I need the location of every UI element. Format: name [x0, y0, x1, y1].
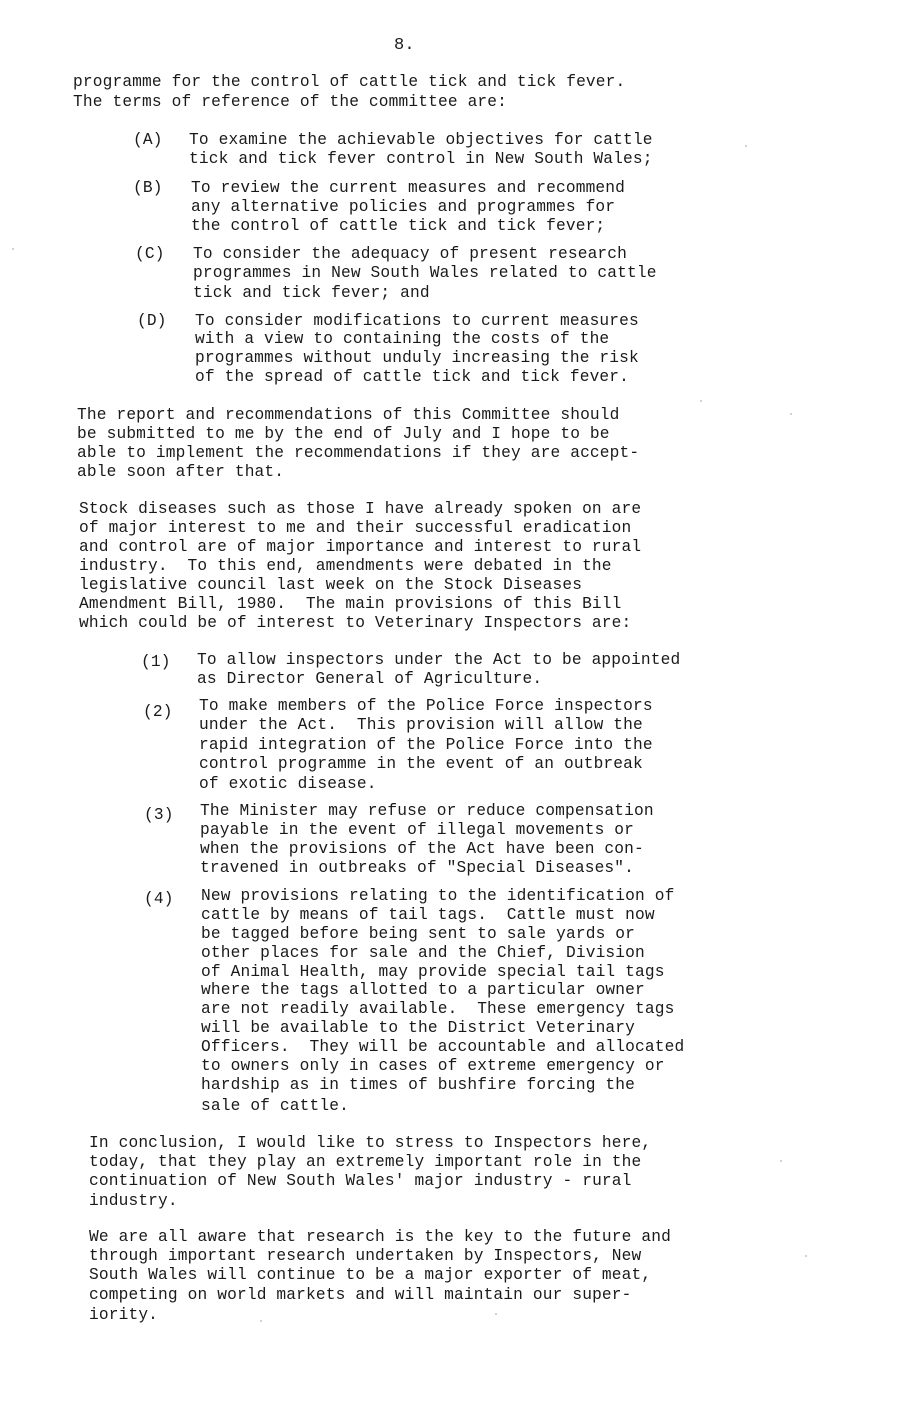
text-line: New provisions relating to the identific… — [201, 887, 674, 906]
text-line: when the provisions of the Act have been… — [200, 840, 644, 859]
text-line: the control of cattle tick and tick feve… — [191, 217, 605, 236]
text-line: today, that they play an extremely impor… — [89, 1153, 641, 1172]
text-line: industry. — [89, 1192, 178, 1211]
text-line: hardship as in times of bushfire forcing… — [201, 1076, 635, 1095]
item-label: (4) — [144, 890, 174, 908]
text-line: cattle by means of tail tags. Cattle mus… — [201, 906, 655, 925]
text-line: where the tags allotted to a particular … — [201, 981, 645, 1000]
text-line: iority. — [89, 1306, 158, 1325]
text-line: continuation of New South Wales' major i… — [89, 1172, 632, 1191]
text-line: legislative council last week on the Sto… — [79, 576, 582, 595]
text-line: Officers. They will be accountable and a… — [201, 1038, 684, 1057]
text-line: To allow inspectors under the Act to be … — [197, 651, 680, 670]
item-label: (A) — [133, 131, 163, 149]
item-label: (D) — [137, 312, 167, 330]
text-line: other places for sale and the Chief, Div… — [201, 944, 645, 963]
text-line: rapid integration of the Police Force in… — [199, 736, 653, 755]
text-line: To make members of the Police Force insp… — [199, 697, 653, 716]
text-line: programmes without unduly increasing the… — [195, 349, 639, 368]
text-line: Stock diseases such as those I have alre… — [79, 500, 641, 519]
text-line: as Director General of Agriculture. — [197, 670, 542, 689]
item-label: (B) — [133, 179, 163, 197]
text-line: tick and tick fever control in New South… — [189, 150, 653, 169]
text-line: The terms of reference of the committee … — [73, 93, 507, 112]
text-line: To review the current measures and recom… — [191, 179, 625, 198]
text-line: To examine the achievable objectives for… — [189, 131, 653, 150]
text-line: of major interest to me and their succes… — [79, 519, 631, 538]
text-line: which could be of interest to Veterinary… — [79, 614, 631, 633]
text-line: are not readily available. These emergen… — [201, 1000, 674, 1019]
page-number: 8. — [394, 36, 415, 55]
text-line: industry. To this end, amendments were d… — [79, 557, 612, 576]
text-line: through important research undertaken by… — [89, 1247, 641, 1266]
item-label: (2) — [143, 703, 173, 721]
text-line: We are all aware that research is the ke… — [89, 1228, 671, 1247]
item-label: (3) — [144, 806, 174, 824]
text-line: be tagged before being sent to sale yard… — [201, 925, 635, 944]
text-line: able to implement the recommendations if… — [77, 444, 639, 463]
text-line: competing on world markets and will main… — [89, 1286, 632, 1305]
text-line: tick and tick fever; and — [193, 284, 430, 303]
text-line: with a view to containing the costs of t… — [195, 330, 609, 349]
text-line: The Minister may refuse or reduce compen… — [200, 802, 654, 821]
text-line: To consider the adequacy of present rese… — [193, 245, 627, 264]
text-line: able soon after that. — [77, 463, 284, 482]
text-line: travened in outbreaks of "Special Diseas… — [200, 859, 634, 878]
text-line: be submitted to me by the end of July an… — [77, 425, 610, 444]
text-line: and control are of major importance and … — [79, 538, 641, 557]
text-line: sale of cattle. — [201, 1097, 349, 1116]
text-line: In conclusion, I would like to stress to… — [89, 1134, 651, 1153]
text-line: to owners only in cases of extreme emerg… — [201, 1057, 665, 1076]
text-line: payable in the event of illegal movement… — [200, 821, 634, 840]
text-line: To consider modifications to current mea… — [195, 312, 639, 331]
item-label: (C) — [135, 245, 165, 263]
item-label: (1) — [141, 653, 171, 671]
document-page: 8. programme for the control of cattle t… — [0, 0, 900, 1414]
text-line: will be available to the District Veteri… — [201, 1019, 635, 1038]
text-line: under the Act. This provision will allow… — [199, 716, 643, 735]
text-line: The report and recommendations of this C… — [77, 406, 620, 425]
text-line: control programme in the event of an out… — [199, 755, 643, 774]
text-line: programme for the control of cattle tick… — [73, 73, 625, 92]
text-line: programmes in New South Wales related to… — [193, 264, 657, 283]
text-line: of exotic disease. — [199, 775, 377, 794]
text-line: South Wales will continue to be a major … — [89, 1266, 651, 1285]
text-line: of Animal Health, may provide special ta… — [201, 963, 665, 982]
text-line: any alternative policies and programmes … — [191, 198, 615, 217]
text-line: Amendment Bill, 1980. The main provision… — [79, 595, 622, 614]
text-line: of the spread of cattle tick and tick fe… — [195, 368, 629, 387]
